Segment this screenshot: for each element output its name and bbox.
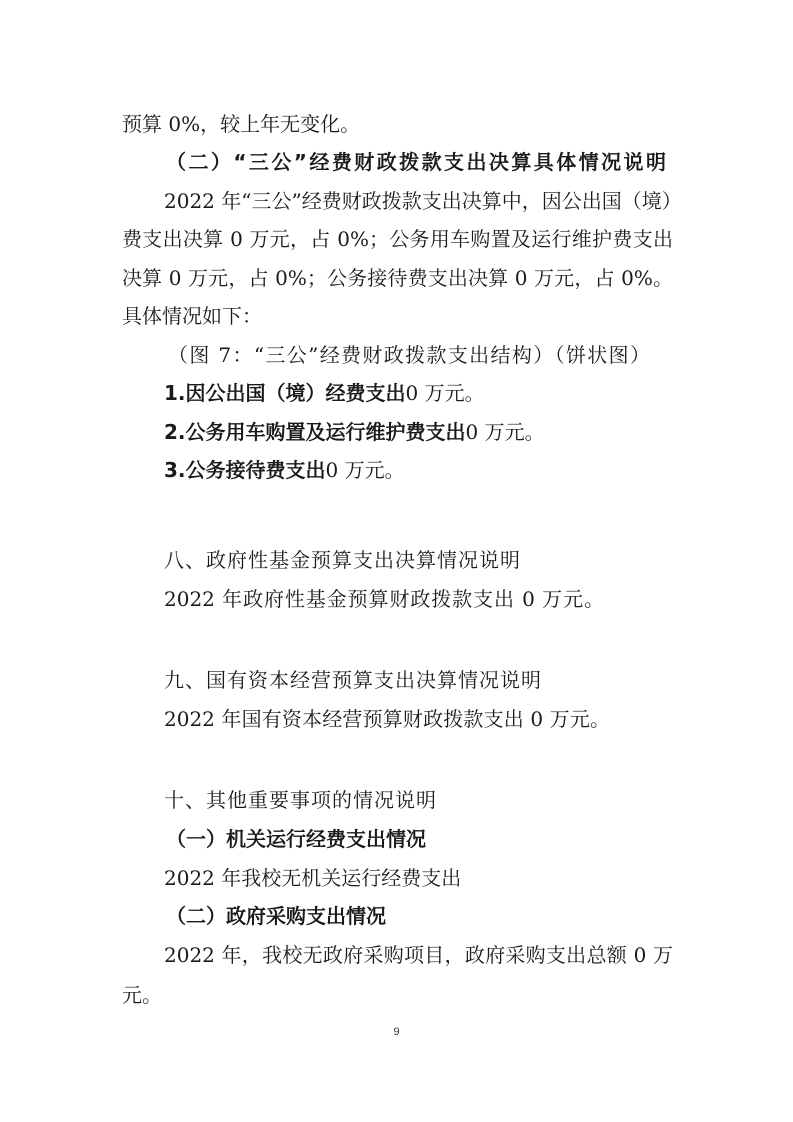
page-number: 9 (0, 1026, 793, 1038)
paragraph-line: 具体情况如下： (122, 302, 673, 330)
subheading-admin-costs: （一）机关运行经费支出情况 (166, 825, 675, 853)
list-item-label: 1.因公出国（境）经费支出 (164, 381, 406, 405)
list-item-label: 3.公务接待费支出 (164, 458, 326, 482)
paragraph-line: 2022 年，我校无政府采购项目，政府采购支出总额 0 万 (164, 941, 673, 969)
section-body-8: 2022 年政府性基金预算财政拨款支出 0 万元。 (164, 585, 604, 613)
section-heading-10: 十、其他重要事项的情况说明 (164, 786, 673, 814)
list-item: 2.公务用车购置及运行维护费支出0 万元。 (164, 418, 673, 446)
subheading-sangong: （二）“三公”经费财政拨款支出决算具体情况说明 (166, 148, 666, 176)
paragraph-line: 2022 年“三公”经费财政拨款支出决算中，因公出国（境） (164, 187, 673, 215)
section-heading-9: 九、国有资本经营预算支出决算情况说明 (164, 666, 673, 694)
figure-caption: （图 7：“三公”经费财政拨款支出结构）（饼状图） (168, 341, 650, 369)
paragraph-line: 决算 0 万元，占 0%；公务接待费支出决算 0 万元，占 0%。 (122, 264, 673, 292)
document-page: 预算 0%，较上年无变化。 （二）“三公”经费财政拨款支出决算具体情况说明 20… (0, 0, 793, 1122)
list-item: 1.因公出国（境）经费支出0 万元。 (164, 379, 673, 407)
paragraph-line: 费支出决算 0 万元，占 0%；公务用车购置及运行维护费支出 (122, 225, 673, 253)
list-item-value: 0 万元。 (406, 381, 485, 405)
paragraph-line: 预算 0%，较上年无变化。 (122, 110, 673, 138)
subheading-procurement: （二）政府采购支出情况 (166, 902, 675, 930)
paragraph-line: 元。 (122, 981, 673, 1009)
list-item-value: 0 万元。 (466, 420, 545, 444)
list-item-label: 2.公务用车购置及运行维护费支出 (164, 420, 466, 444)
list-item-value: 0 万元。 (326, 458, 405, 482)
list-item: 3.公务接待费支出0 万元。 (164, 456, 673, 484)
section-body-9: 2022 年国有资本经营预算财政拨款支出 0 万元。 (164, 705, 610, 733)
section-heading-8: 八、政府性基金预算支出决算情况说明 (164, 546, 673, 574)
paragraph-admin-costs: 2022 年我校无机关运行经费支出 (164, 864, 440, 892)
